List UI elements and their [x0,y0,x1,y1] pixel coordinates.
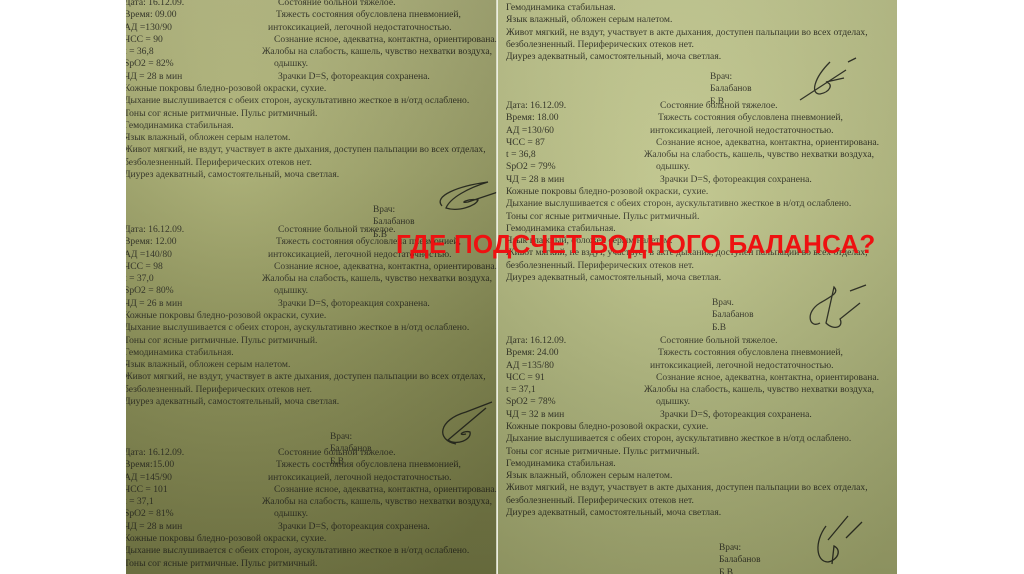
text-line: Кожные покровы бледно-розовой окраски, с… [506,186,896,198]
doctor-signature-label: Врач: Балабанов Б.В [719,542,761,574]
text-line: t = 36,8 [126,46,264,58]
exam-text: Кожные покровы бледно-розовой окраски, с… [506,421,896,519]
status-block: Состояние больной тяжелое.Тяжесть состоя… [644,100,894,186]
text-line: одышку. [644,396,894,408]
text-line: ЧД = 26 в мин [126,298,264,310]
text-line: Время: 24.00 [506,347,646,359]
text-line: Сознание ясное, адекватна, контактна, ор… [262,34,497,46]
text-line: одышку. [262,285,497,297]
text-line: АД =135/80 [506,360,646,372]
text-line: Дата: 16.12.09. [126,224,264,236]
vitals-block: Дата: 16.12.09.Время:15.00АД =145/90ЧСС … [126,447,264,533]
text-line: Гемодинамика стабильная. [126,120,497,132]
text-line: интоксикацией, легочной недостаточностью… [644,360,894,372]
left-page: Дата: 16.12.09.Время: 09.00АД =130/90ЧСС… [126,0,497,574]
text-line: безболезненный. Периферических отеков не… [506,39,896,51]
text-line: одышку. [262,58,497,70]
text-line: Живот мягкий, не вздут, участвует в акте… [126,371,497,383]
text-line: Кожные покровы бледно-розовой окраски, с… [126,83,497,95]
text-line: Сознание ясное, адекватна, контактна, ор… [262,261,497,273]
text-line: Тоны сог ясные ритмичные. Пульс ритмичны… [506,446,896,458]
text-line: Жалобы на слабость, кашель, чувство нехв… [262,46,497,58]
text-line: Жалобы на слабость, кашель, чувство нехв… [262,273,497,285]
text-line: SpO2 = 81% [126,508,264,520]
text-line: Живот мягкий, не вздут, участвует в акте… [506,27,896,39]
text-line: Тоны сог ясные ритмичные. Пульс ритмичны… [126,108,497,120]
text-line: безболезненный. Периферических отеков не… [506,495,896,507]
text-line: ЧСС = 101 [126,484,264,496]
vitals-block: Дата: 16.12.09.Время: 09.00АД =130/90ЧСС… [126,0,264,83]
text-line: SpO2 = 80% [126,285,264,297]
text-line: Сознание ясное, адекватна, контактна, ор… [262,484,497,496]
text-line: Время: 09.00 [126,9,264,21]
text-line: SpO2 = 78% [506,396,646,408]
text-line: ЧСС = 90 [126,34,264,46]
text-line: Тяжесть состояния обусловлена пневмонией… [262,459,497,471]
exam-text: Гемодинамика стабильная.Язык влажный, об… [506,2,896,63]
text-line: АД =130/90 [126,22,264,34]
text-line: Язык влажный, обложен серым налетом. [506,14,896,26]
text-line: Зрачки D=S, фотореакция сохранена. [644,174,894,186]
text-line: Язык влажный, обложен серым налетом. [126,132,497,144]
text-line: ЧД = 32 в мин [506,409,646,421]
text-line: Тоны сог ясные ритмичные. Пульс ритмичны… [126,558,497,570]
handwritten-signature-icon [426,400,496,450]
text-line: Дата: 16.12.09. [126,447,264,459]
text-line: t = 37,0 [126,273,264,285]
text-line: Живот мягкий, не вздут, участвует в акте… [126,144,497,156]
text-line: Тяжесть состояния обусловлена пневмонией… [644,112,894,124]
text-line: ЧСС = 98 [126,261,264,273]
text-line: Время:15.00 [126,459,264,471]
text-line: Тяжесть состояния обусловлена пневмонией… [262,9,497,21]
scanned-medical-record-photo: Дата: 16.12.09.Время: 09.00АД =130/90ЧСС… [126,0,897,574]
text-line: ЧД = 28 в мин [506,174,646,186]
text-line: ЧД = 28 в мин [126,71,264,83]
text-line: Жалобы на слабость, кашель, чувство нехв… [262,496,497,508]
text-line: Тоны сог ясные ритмичные. Пульс ритмичны… [506,211,896,223]
status-block: Состояние больной тяжелое.Тяжесть состоя… [262,447,497,533]
text-line: Состояние больной тяжелое. [262,0,497,9]
text-line: SpO2 = 82% [126,58,264,70]
text-line: Кожные покровы бледно-розовой окраски, с… [506,421,896,433]
text-line: Дыхание выслушивается с обеих сторон, ау… [126,322,497,334]
text-line: Дыхание выслушивается с обеих сторон, ау… [126,545,497,557]
text-line: Гемодинамика стабильная. [126,347,497,359]
text-line: Дата: 16.12.09. [126,0,264,9]
doctor-signature-label: Врач. Балабанов Б.В [712,297,754,334]
text-line: Живот мягкий, не вздут, участвует в акте… [506,482,896,494]
text-line: Дата: 16.12.09. [506,335,646,347]
text-line: АД =130/60 [506,125,646,137]
handwritten-signature-icon [808,512,868,568]
text-line: Гемодинамика стабильная. [506,458,896,470]
text-line: интоксикацией, легочной недостаточностью… [262,22,497,34]
text-line: SpO2 = 79% [506,161,646,173]
text-line: Кожные покровы бледно-розовой окраски, с… [126,533,497,545]
text-line: одышку. [644,161,894,173]
exam-text: Кожные покровы бледно-розовой окраски, с… [126,533,497,570]
text-line: Дыхание выслушивается с обеих сторон, ау… [506,433,896,445]
text-line: Дата: 16.12.09. [506,100,646,112]
vitals-block: Дата: 16.12.09.Время: 24.00АД =135/80ЧСС… [506,335,646,421]
vitals-block: Дата: 16.12.09.Время: 12.00АД =140/80ЧСС… [126,224,264,310]
text-line: Время: 18.00 [506,112,646,124]
text-line: Состояние больной тяжелое. [644,100,894,112]
text-line: Дыхание выслушивается с обеих сторон, ау… [126,95,497,107]
text-line: Сознание ясное, адекватна, контактна, ор… [644,372,894,384]
text-line: интоксикацией, легочной недостаточностью… [262,472,497,484]
text-line: безболезненный. Периферических отеков не… [126,157,497,169]
text-line: Язык влажный, обложен серым налетом. [126,359,497,371]
text-line: Зрачки D=S, фотореакция сохранена. [262,298,497,310]
status-block: Состояние больной тяжелое.Тяжесть состоя… [262,0,497,83]
status-block: Состояние больной тяжелое.Тяжесть состоя… [644,335,894,421]
text-line: ЧД = 28 в мин [126,521,264,533]
text-line: Жалобы на слабость, кашель, чувство нехв… [644,149,894,161]
text-line: Тоны сог ясные ритмичные. Пульс ритмичны… [126,335,497,347]
text-line: Время: 12.00 [126,236,264,248]
text-line: Состояние больной тяжелое. [644,335,894,347]
exam-text: Кожные покровы бледно-розовой окраски, с… [126,310,497,408]
exam-text: Кожные покровы бледно-розовой окраски, с… [126,83,497,181]
text-line: Жалобы на слабость, кашель, чувство нехв… [644,384,894,396]
text-line: Зрачки D=S, фотореакция сохранена. [262,521,497,533]
text-line: t = 37,1 [506,384,646,396]
text-line: ЧСС = 91 [506,372,646,384]
text-line: t = 36,8 [506,149,646,161]
text-line: Тяжесть состояния обусловлена пневмонией… [644,347,894,359]
handwritten-signature-icon [800,283,870,335]
text-line: интоксикацией, легочной недостаточностью… [644,125,894,137]
text-line: Язык влажный, обложен серым налетом. [506,470,896,482]
text-line: t = 37,1 [126,496,264,508]
vitals-block: Дата: 16.12.09.Время: 18.00АД =130/60ЧСС… [506,100,646,186]
text-line: безболезненный. Периферических отеков не… [126,384,497,396]
right-page: Гемодинамика стабильная.Язык влажный, об… [498,0,897,574]
text-line: Кожные покровы бледно-розовой окраски, с… [126,310,497,322]
handwritten-signature-icon [790,56,860,106]
text-line: Дыхание выслушивается с обеих сторон, ау… [506,198,896,210]
handwritten-signature-icon [428,176,497,216]
text-line: АД =145/90 [126,472,264,484]
text-line: Гемодинамика стабильная. [506,2,896,14]
text-line: Зрачки D=S, фотореакция сохранена. [262,71,497,83]
text-line: Зрачки D=S, фотореакция сохранена. [644,409,894,421]
text-line: Состояние больной тяжелое. [262,447,497,459]
water-balance-question-title: ГДЕ ПОДСЧЕТ ВОДНОГО БАЛАНСА? [396,229,875,260]
text-line: одышку. [262,508,497,520]
text-line: АД =140/80 [126,249,264,261]
text-line: ЧСС = 87 [506,137,646,149]
text-line: Сознание ясное, адекватна, контактна, ор… [644,137,894,149]
text-line: безболезненный. Периферических отеков не… [506,260,896,272]
